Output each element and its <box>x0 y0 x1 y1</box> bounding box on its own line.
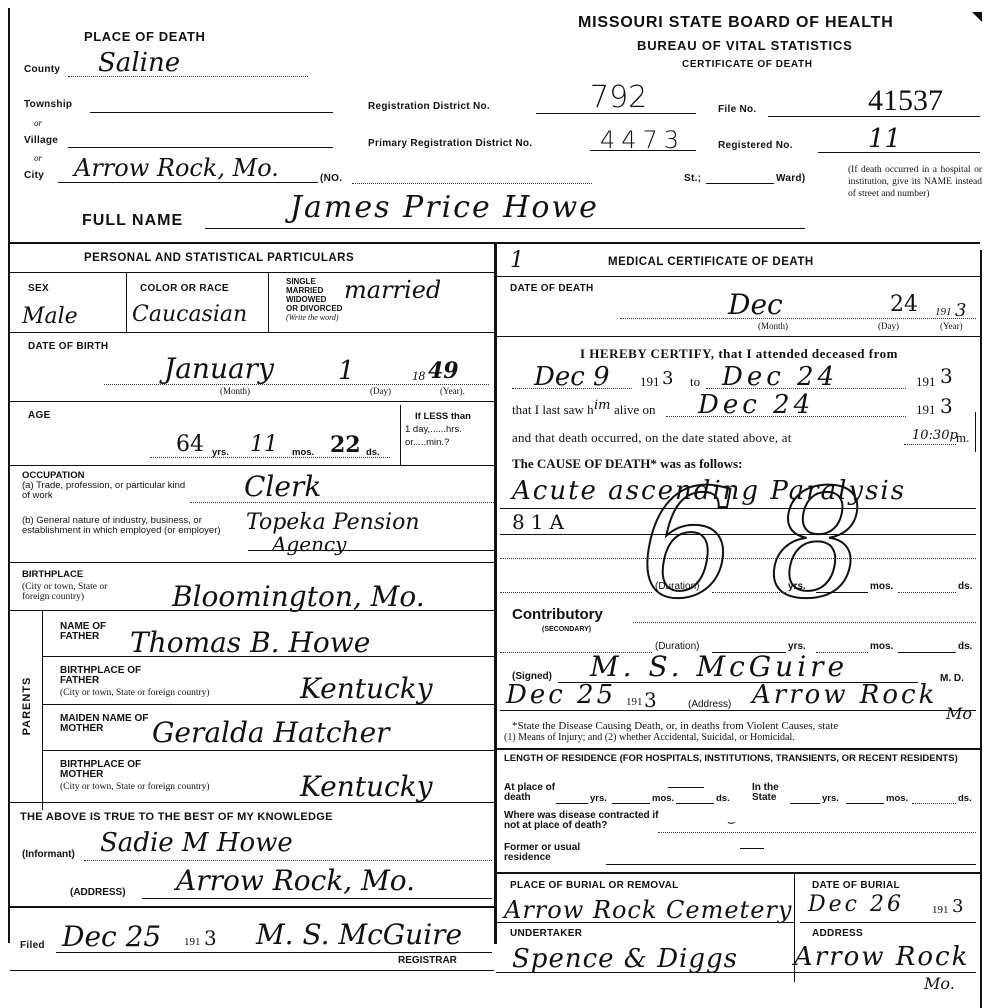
burial-place-label: PLACE OF BURIAL OR REMOVAL <box>510 880 679 891</box>
duration-yrs-line-1 <box>712 592 786 593</box>
undertaker-line <box>496 972 976 973</box>
burial-year-suffix: 3 <box>952 896 963 917</box>
father-name-label: NAME OF FATHER <box>60 622 126 642</box>
less-than-line1: If LESS than <box>405 410 471 423</box>
at-place-yrs-line <box>556 803 588 804</box>
duration-yrs-1: yrs. <box>788 582 806 592</box>
informant-line <box>84 860 492 861</box>
birthplace-divider <box>10 562 494 563</box>
primary-district-value: 4473 <box>600 126 685 154</box>
registered-no-value: 11 <box>868 124 901 154</box>
at-place-mos-line <box>612 803 650 804</box>
at-place-mos: mos. <box>652 794 674 804</box>
right-border <box>980 250 982 1008</box>
sex-label: SEX <box>28 283 49 294</box>
marital-single: SINGLE <box>286 277 342 286</box>
dob-line <box>104 384 489 385</box>
contributory-line <box>633 622 976 623</box>
medical-address-state: Mo <box>946 704 972 723</box>
dod-line <box>620 318 976 319</box>
duration-mos-line-1 <box>816 592 868 593</box>
informant-address-line <box>142 898 492 899</box>
primary-district-label: Primary Registration District No. <box>368 138 532 149</box>
father-divider <box>42 656 494 657</box>
attended-to: Dec 24 <box>722 362 838 392</box>
signed-date: Dec 25 <box>506 680 616 710</box>
to-label: to <box>690 374 700 390</box>
burial-date-line <box>800 922 976 923</box>
marital-divorced: OR DIVORCED <box>286 304 342 313</box>
residence-title: LENGTH OF RESIDENCE (FOR HOSPITALS, INST… <box>504 753 978 764</box>
footnote-divider <box>496 748 980 750</box>
color-marital-divider <box>268 272 269 332</box>
age-label: AGE <box>28 410 51 421</box>
medical-address-value: Arrow Rock <box>752 680 937 710</box>
informant-divider <box>10 906 494 908</box>
occupation-b-label: (b) General nature of industry, business… <box>22 516 247 536</box>
less-than-box: If LESS than 1 day,......hrs. or.....min… <box>405 410 471 449</box>
mother-birthplace-value: Kentucky <box>300 770 433 803</box>
occupation-a-line <box>190 502 494 503</box>
registrar-label: REGISTRAR <box>398 956 457 966</box>
mother-birthplace-label: BIRTHPLACE OF MOTHER <box>60 760 150 780</box>
file-no-label: File No. <box>718 104 757 115</box>
at-place-ds-line <box>676 803 714 804</box>
age-yrs-label: yrs. <box>212 448 229 458</box>
burial-address-value: Arrow Rock <box>794 942 969 972</box>
signed-year-suffix: 3 <box>644 688 657 712</box>
full-name-label: FULL NAME <box>82 212 183 230</box>
undertaker-label: UNDERTAKER <box>510 928 582 939</box>
color-race-label: COLOR OR RACE <box>140 283 229 294</box>
informant-address-value: Arrow Rock, Mo. <box>176 864 415 897</box>
medical-address-label: (Address) <box>688 700 731 710</box>
medical-section-title: MEDICAL CERTIFICATE OF DEATH <box>608 256 814 268</box>
contracted-line <box>658 832 976 833</box>
dod-day: 24 <box>890 292 918 317</box>
dod-month-hint: (Month) <box>758 321 788 331</box>
marital-married: MARRIED <box>286 286 342 295</box>
filed-date: Dec 25 <box>62 920 161 953</box>
parents-side-divider <box>42 610 43 810</box>
age-divider <box>10 401 494 402</box>
duration-ds-line-2 <box>898 652 956 653</box>
village-label: Village <box>24 135 58 146</box>
burial-place-line <box>496 922 794 923</box>
informant-value: Sadie M Howe <box>100 828 293 858</box>
township-line <box>90 112 333 113</box>
duration-ds-2: ds. <box>958 642 972 652</box>
or-label-1: or <box>34 118 42 128</box>
certify-text: I HEREBY CERTIFY, that I attended deceas… <box>580 346 898 362</box>
dod-year-hint: (Year) <box>940 321 963 331</box>
marital-hint: (Write the word) <box>286 313 342 322</box>
no-line <box>352 183 592 184</box>
marital-widowed: WIDOWED <box>286 295 342 304</box>
dod-year-suffix: 3 <box>955 300 966 321</box>
burial-date-label: DATE OF BURIAL <box>812 880 900 891</box>
cert-right-mark <box>975 412 976 452</box>
less-than-divider <box>400 405 401 465</box>
age-ds-label: ds. <box>366 448 380 458</box>
no-label: (NO. <box>320 173 342 184</box>
occupation-a-value: Clerk <box>244 470 321 503</box>
birthplace-hint: (City or town, State or foreign country) <box>22 582 132 602</box>
occupation-a-label: (a) Trade, profession, or particular kin… <box>22 481 192 501</box>
father-bp-divider <box>42 704 494 705</box>
duration-ds-line-1 <box>898 592 956 593</box>
at-place-yrs: yrs. <box>590 794 607 804</box>
father-birthplace-value: Kentucky <box>300 672 433 705</box>
dob-divider <box>10 332 494 333</box>
age-mos-label: mos. <box>292 448 314 458</box>
full-name-line <box>205 228 805 229</box>
dob-year-suffix: 49 <box>428 358 459 384</box>
birthplace-value: Bloomington, Mo. <box>172 580 425 613</box>
occupation-divider <box>10 465 494 466</box>
signed-value: M. S. McGuire <box>590 650 848 683</box>
age-days: 22 <box>330 432 361 458</box>
death-time-suffix: m. <box>956 430 969 446</box>
father-birthplace-hint: (City or town, State or foreign country) <box>60 688 210 698</box>
undertaker-value: Spence & Diggs <box>512 944 738 974</box>
father-name-value: Thomas B. Howe <box>130 626 370 659</box>
city-label: City <box>24 170 44 181</box>
burial-address-state: Mo. <box>924 974 955 993</box>
registered-no-label: Registered No. <box>718 140 793 151</box>
age-years: 64 <box>176 432 204 457</box>
former-residence-dash <box>740 848 764 849</box>
father-birthplace-label: BIRTHPLACE OF FATHER <box>60 666 150 686</box>
place-of-death-title: PLACE OF DEATH <box>84 29 206 44</box>
duration-ds-1: ds. <box>958 582 972 592</box>
in-state-mos: mos. <box>886 794 908 804</box>
annotation-number: 68 <box>640 470 899 620</box>
death-time-line <box>904 444 956 445</box>
last-saw-year-suffix: 3 <box>940 394 953 418</box>
personal-title-divider <box>10 272 494 273</box>
or-label-2: or <box>34 153 42 163</box>
dod-year-prefix: 191 <box>935 306 952 318</box>
medical-section-mark: 1 <box>510 248 524 273</box>
at-place-label: At place of death <box>504 783 564 803</box>
duration-mos-2: mos. <box>870 642 893 652</box>
less-than-line3: or.....min.? <box>405 436 471 449</box>
death-time-text: and that death occurred, on the date sta… <box>512 430 792 446</box>
in-state-ds-line <box>912 803 956 804</box>
death-time-value: 10:30p <box>912 428 958 443</box>
corner-mark-icon <box>972 12 982 22</box>
filed-year-prefix: 191 <box>184 936 201 948</box>
age-months: 11 <box>250 432 278 457</box>
contracted-dash: ⌣ <box>726 814 735 830</box>
footnote-line2: (1) Means of Injury; and (2) whether Acc… <box>504 732 795 743</box>
footnote-line1: *State the Disease Causing Death, or, in… <box>512 720 838 732</box>
occupation-b-line <box>248 550 494 551</box>
in-state-mos-line <box>846 803 884 804</box>
former-residence-label: Former or usual residence <box>504 843 614 863</box>
reg-district-label: Registration District No. <box>368 101 490 112</box>
less-than-line2: 1 day,......hrs. <box>405 423 471 436</box>
mother-birthplace-hint: (City or town, State or foreign country) <box>60 782 210 792</box>
dob-month-hint: (Month) <box>220 386 250 396</box>
at-place-ds: ds. <box>716 794 730 804</box>
dob-year-hint: (Year). <box>440 386 465 396</box>
parents-bottom-divider <box>10 802 494 803</box>
last-saw-label: that I last saw h <box>512 402 594 418</box>
reg-district-value: 792 <box>590 80 647 115</box>
in-state-ds: ds. <box>958 794 972 804</box>
last-saw-date: Dec 24 <box>698 390 814 420</box>
at-place-dash <box>668 787 704 788</box>
burial-place-value: Arrow Rock Cemetery <box>504 896 792 924</box>
attended-to-year-suffix: 3 <box>940 364 953 388</box>
dod-month: Dec <box>728 288 783 321</box>
ward-label: Ward) <box>776 173 805 184</box>
medical-title-divider <box>496 276 980 277</box>
attended-to-year-prefix: 191 <box>916 374 936 390</box>
certificate-title: CERTIFICATE OF DEATH <box>682 59 813 70</box>
city-line <box>58 182 318 183</box>
st-label: St.; <box>684 173 701 184</box>
duration-line-1 <box>500 592 652 593</box>
dob-day: 1 <box>338 356 355 386</box>
center-divider <box>494 244 497 944</box>
board-title: MISSOURI STATE BOARD OF HEALTH <box>578 14 894 32</box>
burial-year-prefix: 191 <box>932 904 949 916</box>
bureau-title: BUREAU OF VITAL STATISTICS <box>637 38 853 53</box>
personal-section-title: PERSONAL AND STATISTICAL PARTICULARS <box>84 252 354 264</box>
in-state-label: In the State <box>752 783 796 803</box>
sex-color-divider <box>126 272 127 332</box>
dod-divider <box>496 336 980 337</box>
md-label: M. D. <box>940 674 964 684</box>
signed-date-line <box>500 710 976 711</box>
burial-date-value: Dec 26 <box>808 892 904 917</box>
dob-year-prefix: 18 <box>412 368 425 384</box>
mother-name-value: Geralda Hatcher <box>152 716 390 749</box>
in-state-yrs: yrs. <box>822 794 839 804</box>
county-value: Saline <box>98 48 180 78</box>
dob-label: DATE OF BIRTH <box>28 341 108 352</box>
burial-address-label: ADDRESS <box>812 928 863 939</box>
last-saw-year-prefix: 191 <box>916 402 936 418</box>
attended-from-year-suffix: 3 <box>662 368 673 389</box>
former-residence-line <box>606 864 976 865</box>
dob-day-hint: (Day) <box>370 386 391 396</box>
township-label: Township <box>24 99 72 110</box>
last-saw-pronoun: im <box>594 398 611 413</box>
alive-on-label: alive on <box>614 402 656 418</box>
duration-label-1: (Duration) <box>655 582 699 592</box>
sex-value: Male <box>22 304 78 329</box>
hospital-note: (If death occurred in a hospital or inst… <box>848 164 982 200</box>
dob-month: January <box>164 352 274 385</box>
attended-from: Dec 9 <box>534 362 610 392</box>
marital-options: SINGLE MARRIED WIDOWED OR DIVORCED (Writ… <box>286 277 342 322</box>
filed-label: Filed <box>20 940 45 951</box>
city-value: Arrow Rock, Mo. <box>74 154 279 182</box>
filed-bottom-line <box>10 970 494 971</box>
full-name-value: James Price Howe <box>290 190 599 225</box>
attended-from-year-prefix: 191 <box>640 374 660 390</box>
contracted-label: Where was disease contracted if not at p… <box>504 811 664 831</box>
signed-year-prefix: 191 <box>626 696 643 708</box>
parents-side-label: PARENTS <box>21 671 33 741</box>
parents-divider <box>10 610 494 611</box>
informant-label: (Informant) <box>22 850 75 860</box>
contributory-label: Contributory <box>512 606 603 623</box>
st-line <box>706 183 774 184</box>
residence-divider <box>496 872 980 874</box>
dod-label: DATE OF DEATH <box>510 283 594 294</box>
in-state-yrs-line <box>790 803 820 804</box>
secondary-label: (SECONDARY) <box>542 626 591 633</box>
county-label: County <box>24 64 60 75</box>
informant-statement: THE ABOVE IS TRUE TO THE BEST OF MY KNOW… <box>20 811 333 823</box>
registrar-signature: M. S. McGuire <box>256 918 462 951</box>
informant-address-label: (ADDRESS) <box>70 888 126 898</box>
duration-mos-1: mos. <box>870 582 893 592</box>
village-line <box>68 147 333 148</box>
filed-year-suffix: 3 <box>204 926 217 950</box>
birthplace-label: BIRTHPLACE <box>22 570 83 580</box>
occupation-b-value-2: Agency <box>272 532 346 556</box>
cause-code: 81A <box>512 510 570 534</box>
file-no-value: 41537 <box>868 84 943 118</box>
marital-value: married <box>344 276 441 304</box>
dod-day-hint: (Day) <box>878 321 899 331</box>
color-race-value: Caucasian <box>132 302 247 327</box>
mother-divider <box>42 750 494 751</box>
